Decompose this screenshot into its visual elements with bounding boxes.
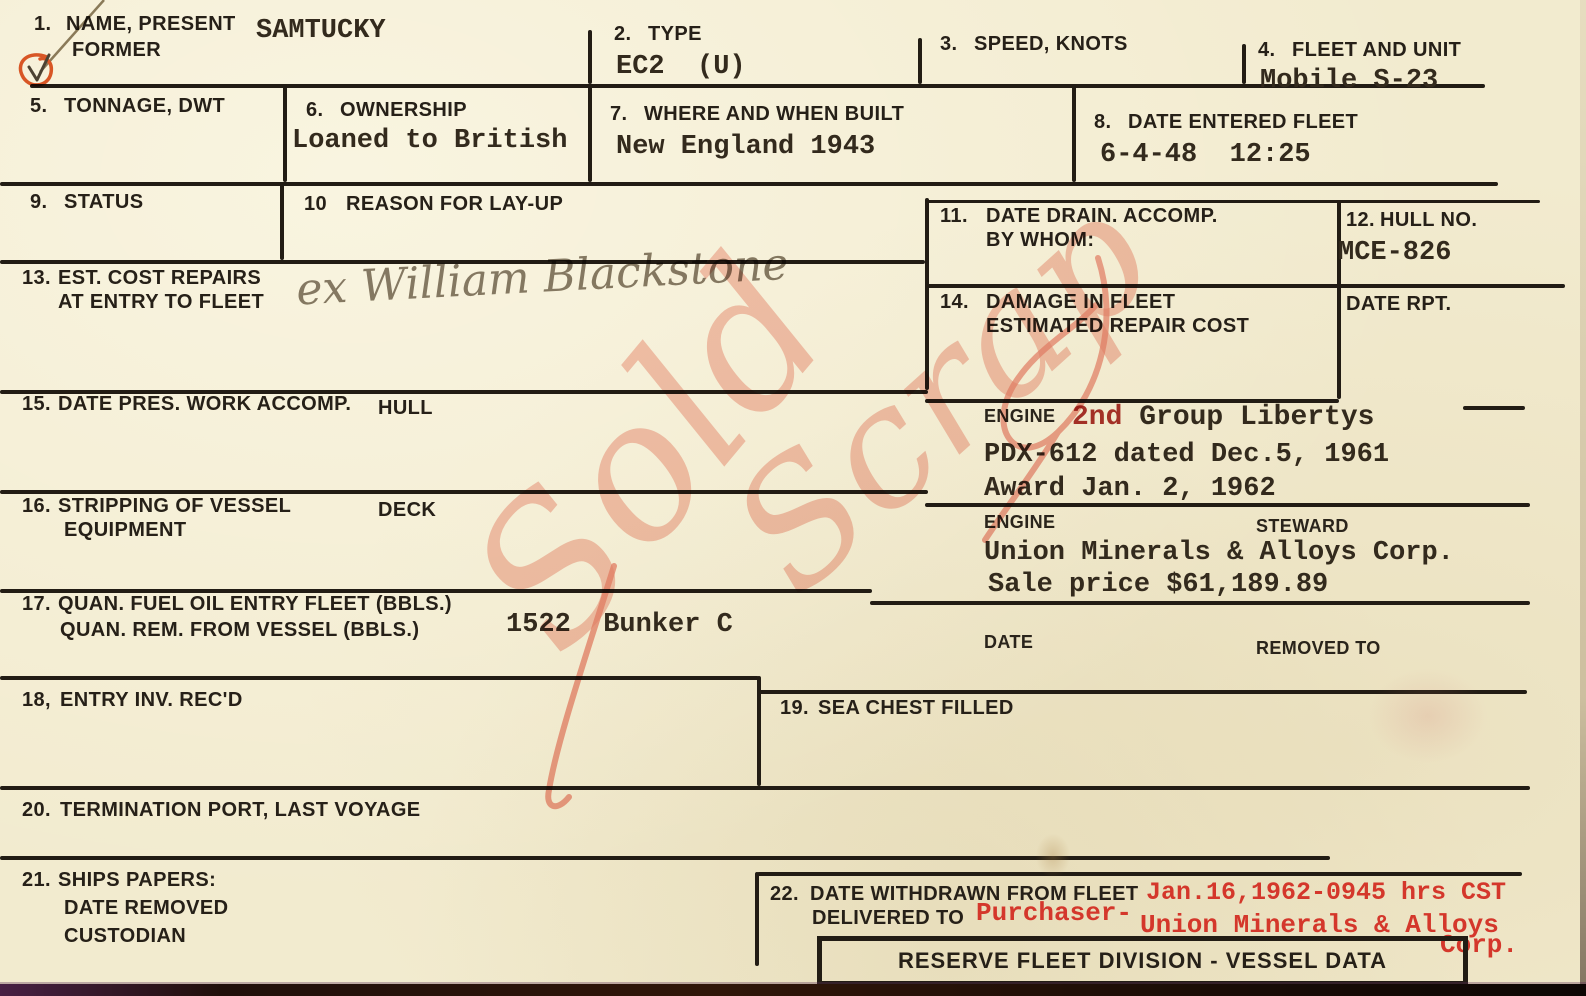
rule-line [1242, 44, 1246, 84]
field-3-label: SPEED, KNOTS [974, 34, 1128, 55]
scan-bottom-edge [0, 984, 1586, 996]
reserve-fleet-banner-text: RESERVE FLEET DIVISION - VESSEL DATA [898, 948, 1387, 974]
field-16-deck-label: DECK [378, 500, 436, 521]
field-5-label: TONNAGE, DWT [64, 96, 225, 117]
rule-line [0, 182, 1498, 186]
field-1-label: NAME, PRESENT [66, 14, 236, 35]
field-15-hull-label: HULL [378, 398, 433, 419]
sale-price-line: Sale price $61,189.89 [988, 570, 1328, 600]
date-label: DATE [984, 632, 1033, 653]
field-14-label2: ESTIMATED REPAIR COST [986, 316, 1249, 337]
field-12-number: 12. [1346, 210, 1375, 231]
rule-line [757, 676, 761, 786]
field-22-number: 22. [770, 884, 799, 905]
rule-line [870, 601, 1530, 605]
rule-line [1463, 406, 1525, 410]
vessel-data-card: 1. NAME, PRESENT FORMER SAMTUCKY 2. TYPE… [0, 0, 1586, 996]
rule-line [925, 284, 1565, 288]
field-5-number: 5. [30, 96, 47, 117]
fuel-oil-value: 1522 Bunker C [506, 610, 733, 640]
rule-line [0, 676, 759, 680]
field-14-number: 14. [940, 292, 969, 313]
field-20-number: 20. [22, 800, 51, 821]
field-8-number: 8. [1094, 112, 1111, 133]
rule-line [0, 856, 1330, 860]
field-8-label: DATE ENTERED FLEET [1128, 112, 1358, 133]
field-14-label: DAMAGE IN FLEET [986, 292, 1175, 313]
field-21-number: 21. [22, 870, 51, 891]
engine-label-bottom: ENGINE [984, 512, 1055, 533]
field-9-label: STATUS [64, 192, 143, 213]
field-6-number: 6. [306, 100, 323, 121]
field-13-label: EST. COST REPAIRS [58, 268, 261, 289]
rule-line [0, 786, 1530, 790]
rule-line [280, 182, 284, 260]
card-right-edge [1580, 0, 1586, 996]
ship-type-value: EC2 (U) [616, 52, 746, 82]
award-line: Award Jan. 2, 1962 [984, 474, 1276, 504]
field-15-label: DATE PRES. WORK ACCOMP. [58, 394, 351, 415]
field-16-label: STRIPPING OF VESSEL [58, 496, 291, 517]
steward-label: STEWARD [1256, 516, 1349, 537]
field-11-label-by-whom: BY WHOM: [986, 230, 1094, 251]
rule-line [757, 872, 1522, 876]
rule-line [283, 84, 287, 182]
field-21-label2: DATE REMOVED [64, 898, 228, 919]
hull-no-value: MCE-826 [1338, 238, 1451, 268]
engine-group-rest: Group Libertys [1122, 402, 1374, 433]
field-19-label: SEA CHEST FILLED [818, 698, 1014, 719]
check-icon [29, 55, 49, 80]
rule-line [588, 84, 592, 182]
removed-to-label: REMOVED TO [1256, 638, 1381, 659]
field-9-number: 9. [30, 192, 47, 213]
engine-label-top: ENGINE [984, 406, 1055, 427]
field-22-label2: DELIVERED TO [812, 908, 964, 929]
field-6-label: OWNERSHIP [340, 100, 467, 121]
rule-line [918, 38, 922, 84]
field-21-label3: CUSTODIAN [64, 926, 186, 947]
ownership-value: Loaned to British [292, 126, 567, 156]
fleet-unit-value: Mobile S-23 [1260, 66, 1438, 96]
field-18-label: ENTRY INV. REC'D [60, 690, 243, 711]
sold-tail-stroke [548, 566, 614, 806]
field-19-number: 19. [780, 698, 809, 719]
field-11-number: 11. [940, 206, 968, 227]
field-7-number: 7. [610, 104, 627, 125]
rule-line [1072, 84, 1076, 182]
date-rpt-label: DATE RPT. [1346, 294, 1451, 315]
field-17-label2: QUAN. REM. FROM VESSEL (BBLS.) [60, 620, 419, 641]
field-4-label: FLEET AND UNIT [1292, 40, 1461, 61]
red-circle-icon [20, 55, 51, 85]
field-1-number: 1. [34, 14, 51, 35]
purchaser-stamp: Purchaser- [976, 898, 1132, 928]
withdrawn-date-stamp: Jan.16,1962-0945 hrs CST [1146, 878, 1506, 907]
paper-stain [1368, 668, 1488, 764]
field-10-number: 10 [304, 194, 327, 215]
field-13-label2: AT ENTRY TO FLEET [58, 292, 264, 313]
date-entered-value: 6-4-48 12:25 [1100, 140, 1311, 170]
pencil-stroke [40, 0, 104, 72]
field-15-number: 15. [22, 394, 51, 415]
field-7-label: WHERE AND WHEN BUILT [644, 104, 904, 125]
ship-name-value: SAMTUCKY [256, 16, 386, 46]
pdx-line: PDX-612 dated Dec.5, 1961 [984, 440, 1389, 470]
field-16-number: 16. [22, 496, 51, 517]
field-1-label-former: FORMER [72, 40, 161, 61]
field-3-number: 3. [940, 34, 957, 55]
field-10-label: REASON FOR LAY-UP [346, 194, 563, 215]
rule-line [925, 200, 1540, 203]
reserve-fleet-banner: RESERVE FLEET DIVISION - VESSEL DATA [817, 936, 1468, 986]
field-2-label: TYPE [648, 24, 702, 45]
field-2-number: 2. [614, 24, 631, 45]
rule-line [588, 30, 592, 84]
rule-line [1337, 200, 1341, 399]
engine-group-line: 2nd Group Libertys [1072, 402, 1374, 433]
rule-line [755, 872, 759, 966]
field-17-label: QUAN. FUEL OIL ENTRY FLEET (BBLS.) [58, 594, 452, 615]
built-value: New England 1943 [616, 132, 875, 162]
field-4-number: 4. [1258, 40, 1275, 61]
pencil-signature: ex William Blackstone [295, 239, 777, 315]
field-18-number: 18, [22, 690, 51, 711]
paper-stain [1036, 834, 1070, 878]
field-16-label2: EQUIPMENT [64, 520, 187, 541]
field-13-number: 13. [22, 268, 51, 289]
buyer-line: Union Minerals & Alloys Corp. [984, 538, 1454, 568]
field-20-label: TERMINATION PORT, LAST VOYAGE [60, 800, 421, 821]
field-12-label: HULL NO. [1380, 210, 1477, 231]
field-17-number: 17. [22, 594, 51, 615]
field-21-label: SHIPS PAPERS: [58, 870, 216, 891]
field-11-label: DATE DRAIN. ACCOMP. [986, 206, 1218, 227]
engine-group-red-part: 2nd [1072, 402, 1122, 433]
rule-line [0, 490, 928, 494]
rule-line [925, 198, 929, 390]
